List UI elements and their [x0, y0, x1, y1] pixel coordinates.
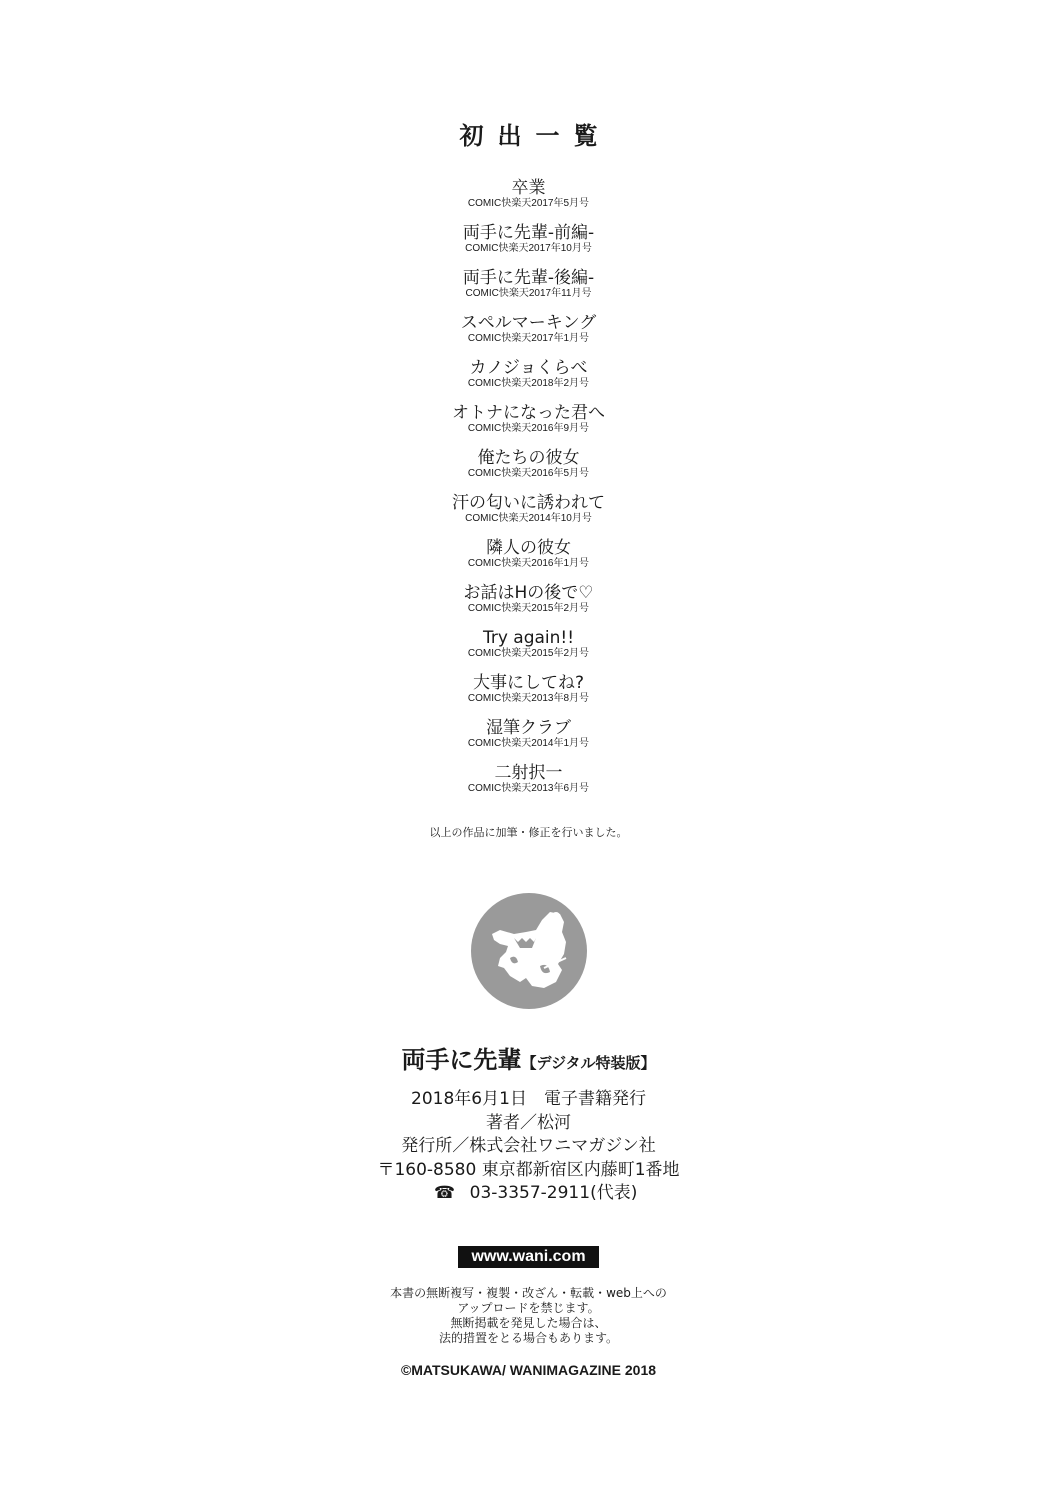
work-source: COMIC快楽天2014年10月号 — [0, 513, 1057, 524]
work-title: 大事にしてね? — [0, 673, 1057, 693]
list-item: 俺たちの彼女COMIC快楽天2016年5月号 — [0, 448, 1057, 493]
work-title: 隣人の彼女 — [0, 538, 1057, 558]
crocodile-logo-icon — [470, 892, 588, 1010]
list-item: カノジョくらべCOMIC快楽天2018年2月号 — [0, 358, 1057, 403]
work-title: 湿筆クラブ — [0, 718, 1057, 738]
phone-line: ☎03-3357-2911(代表) — [0, 1182, 1057, 1206]
work-title: 汗の匂いに誘われて — [0, 493, 1057, 513]
work-source: COMIC快楽天2013年8月号 — [0, 693, 1057, 704]
book-title-main: 両手に先輩 — [401, 1045, 521, 1074]
work-source: COMIC快楽天2017年10月号 — [0, 243, 1057, 254]
list-item: 両手に先輩-前編-COMIC快楽天2017年10月号 — [0, 223, 1057, 268]
colophon: 2018年6月1日 電子書籍発行 著者／松河 発行所／株式会社ワニマガジン社 〒… — [0, 1088, 1057, 1206]
work-title: Try again!! — [0, 628, 1057, 648]
work-title: 両手に先輩-前編- — [0, 223, 1057, 243]
legal-notice: 本書の無断複写・複製・改ざん・転載・web上への アップロードを禁じます。 無断… — [0, 1286, 1057, 1346]
list-item: 卒業COMIC快楽天2017年5月号 — [0, 178, 1057, 223]
address: 〒160-8580 東京都新宿区内藤町1番地 — [0, 1159, 1057, 1183]
phone-number: 03-3357-2911(代表) — [470, 1183, 638, 1203]
work-title: スペルマーキング — [0, 313, 1057, 333]
work-source: COMIC快楽天2017年5月号 — [0, 198, 1057, 209]
works-list: 卒業COMIC快楽天2017年5月号 両手に先輩-前編-COMIC快楽天2017… — [0, 178, 1057, 808]
legal-line: 法的措置をとる場合もあります。 — [0, 1331, 1057, 1346]
work-title: 俺たちの彼女 — [0, 448, 1057, 468]
work-source: COMIC快楽天2017年11月号 — [0, 288, 1057, 299]
work-title: 二射択一 — [0, 763, 1057, 783]
list-item: 汗の匂いに誘われてCOMIC快楽天2014年10月号 — [0, 493, 1057, 538]
book-edition: 【デジタル特装版】 — [521, 1054, 655, 1072]
list-item: お話はHの後で♡COMIC快楽天2015年2月号 — [0, 583, 1057, 628]
list-item: Try again!!COMIC快楽天2015年2月号 — [0, 628, 1057, 673]
list-item: スペルマーキングCOMIC快楽天2017年1月号 — [0, 313, 1057, 358]
list-item: オトナになった君へCOMIC快楽天2016年9月号 — [0, 403, 1057, 448]
legal-line: アップロードを禁じます。 — [0, 1301, 1057, 1316]
work-source: COMIC快楽天2016年1月号 — [0, 558, 1057, 569]
work-title: 両手に先輩-後編- — [0, 268, 1057, 288]
work-title: 卒業 — [0, 178, 1057, 198]
work-source: COMIC快楽天2017年1月号 — [0, 333, 1057, 344]
legal-line: 無断掲載を発見した場合は、 — [0, 1316, 1057, 1331]
website-link[interactable]: www.wani.com — [458, 1246, 599, 1268]
revision-note: 以上の作品に加筆・修正を行いました。 — [0, 824, 1057, 840]
list-item: 湿筆クラブCOMIC快楽天2014年1月号 — [0, 718, 1057, 763]
publisher: 発行所／株式会社ワニマガジン社 — [0, 1135, 1057, 1159]
book-title: 両手に先輩【デジタル特装版】 — [0, 1040, 1057, 1075]
author: 著者／松河 — [0, 1112, 1057, 1136]
list-item: 二射択一COMIC快楽天2013年6月号 — [0, 763, 1057, 808]
work-title: お話はHの後で♡ — [0, 583, 1057, 603]
work-source: COMIC快楽天2016年9月号 — [0, 423, 1057, 434]
work-source: COMIC快楽天2013年6月号 — [0, 783, 1057, 794]
copyright: ©MATSUKAWA/ WANIMAGAZINE 2018 — [0, 1362, 1057, 1378]
legal-line: 本書の無断複写・複製・改ざん・転載・web上への — [0, 1286, 1057, 1301]
work-source: COMIC快楽天2015年2月号 — [0, 648, 1057, 659]
work-source: COMIC快楽天2016年5月号 — [0, 468, 1057, 479]
work-title: カノジョくらべ — [0, 358, 1057, 378]
list-item: 両手に先輩-後編-COMIC快楽天2017年11月号 — [0, 268, 1057, 313]
work-source: COMIC快楽天2014年1月号 — [0, 738, 1057, 749]
publish-date: 2018年6月1日 電子書籍発行 — [0, 1088, 1057, 1112]
phone-icon: ☎ — [420, 1182, 470, 1206]
work-title: オトナになった君へ — [0, 403, 1057, 423]
page-title: 初出一覧 — [0, 116, 1057, 151]
list-item: 隣人の彼女COMIC快楽天2016年1月号 — [0, 538, 1057, 583]
list-item: 大事にしてね?COMIC快楽天2013年8月号 — [0, 673, 1057, 718]
work-source: COMIC快楽天2018年2月号 — [0, 378, 1057, 389]
work-source: COMIC快楽天2015年2月号 — [0, 603, 1057, 614]
